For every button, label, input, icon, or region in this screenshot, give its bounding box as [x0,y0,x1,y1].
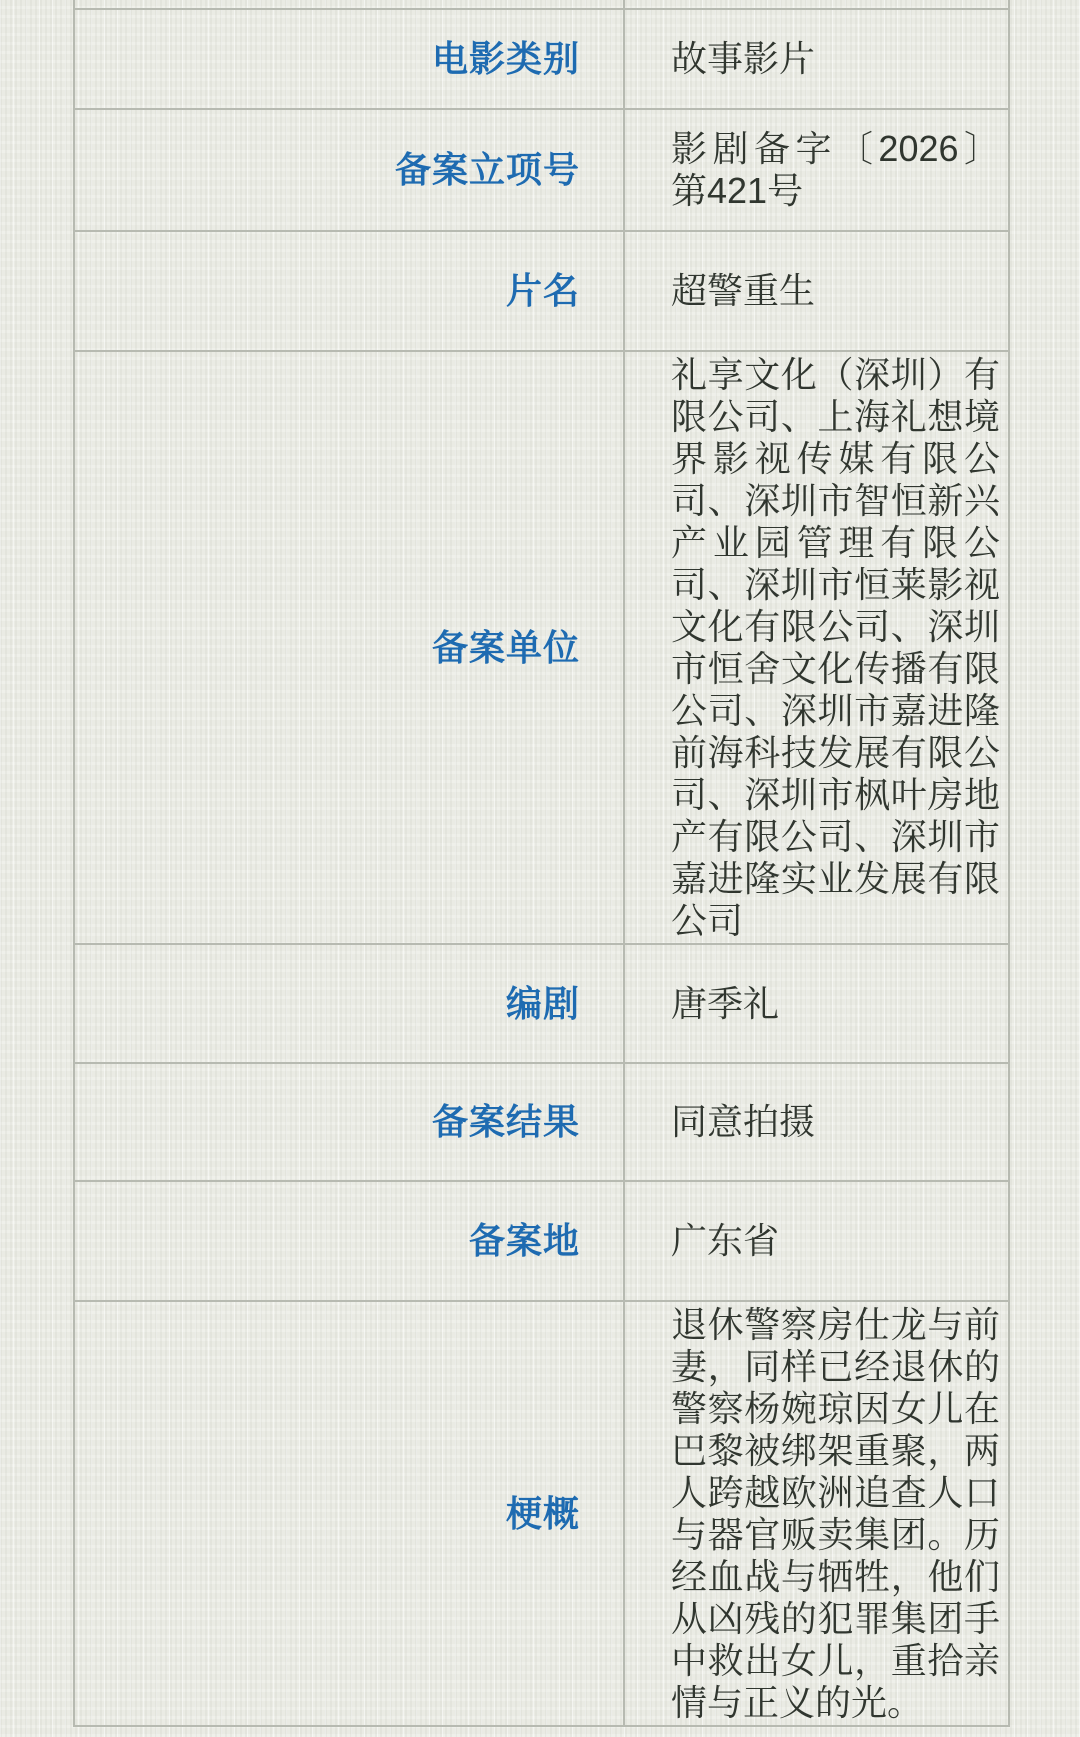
table-row-synopsis: 梗概 退休警察房仕龙与前妻，同样已经退休的警察杨婉琼因女儿在巴黎被绑架重聚，两人… [75,1302,1008,1727]
row-label [75,0,625,8]
table-row-film-title: 片名 超警重生 [75,232,1008,352]
table-row-film-category: 电影类别 故事影片 [75,10,1008,110]
row-value: 故事影片 [625,10,1008,108]
row-label-text: 电影类别 [432,38,580,80]
row-label-text: 编剧 [506,983,580,1025]
row-value: 退休警察房仕龙与前妻，同样已经退休的警察杨婉琼因女儿在巴黎被绑架重聚，两人跨越欧… [625,1302,1008,1725]
page: 电影类别 故事影片 备案立项号 影剧备字〔2026〕第421号 片名 超警重生 [0,0,1080,1737]
row-value-text: 同意拍摄 [671,1101,1000,1143]
row-value-text: 退休警察房仕龙与前妻，同样已经退休的警察杨婉琼因女儿在巴黎被绑架重聚，两人跨越欧… [671,1304,1000,1724]
row-label: 电影类别 [75,10,625,108]
row-value-text: 故事影片 [671,38,1000,80]
row-label: 备案立项号 [75,110,625,230]
row-label-text: 片名 [506,270,580,312]
row-label: 编剧 [75,945,625,1062]
row-label-text: 备案地 [469,1220,580,1262]
row-value: 同意拍摄 [625,1064,1008,1180]
row-value-text: 唐季礼 [671,983,1000,1025]
row-value: 广东省 [625,1182,1008,1300]
table-row-filing-result: 备案结果 同意拍摄 [75,1064,1008,1182]
table-row-partial-top [75,0,1008,10]
row-label-text: 备案结果 [432,1101,580,1143]
table-row-filing-location: 备案地 广东省 [75,1182,1008,1302]
row-value: 超警重生 [625,232,1008,350]
row-label: 片名 [75,232,625,350]
table-row-filing-number: 备案立项号 影剧备字〔2026〕第421号 [75,110,1008,232]
row-label: 备案地 [75,1182,625,1300]
row-value: 影剧备字〔2026〕第421号 [625,110,1008,230]
row-label-text: 梗概 [506,1493,580,1535]
row-value-text: 超警重生 [671,270,1000,312]
film-filing-table: 电影类别 故事影片 备案立项号 影剧备字〔2026〕第421号 片名 超警重生 [73,0,1010,1727]
row-value [625,0,1008,8]
row-value-text: 广东省 [671,1220,1000,1262]
row-value-text: 礼享文化（深圳）有限公司、上海礼想境界影视传媒有限公司、深圳市智恒新兴产业园管理… [671,354,1000,942]
table-row-filing-units: 备案单位 礼享文化（深圳）有限公司、上海礼想境界影视传媒有限公司、深圳市智恒新兴… [75,352,1008,945]
row-label: 梗概 [75,1302,625,1725]
row-label-text: 备案单位 [432,627,580,669]
row-label: 备案结果 [75,1064,625,1180]
row-label-text: 备案立项号 [395,149,580,191]
row-value-text: 影剧备字〔2026〕第421号 [671,128,1000,212]
row-value: 唐季礼 [625,945,1008,1062]
table-row-screenwriter: 编剧 唐季礼 [75,945,1008,1064]
row-label: 备案单位 [75,352,625,943]
row-value: 礼享文化（深圳）有限公司、上海礼想境界影视传媒有限公司、深圳市智恒新兴产业园管理… [625,352,1008,943]
